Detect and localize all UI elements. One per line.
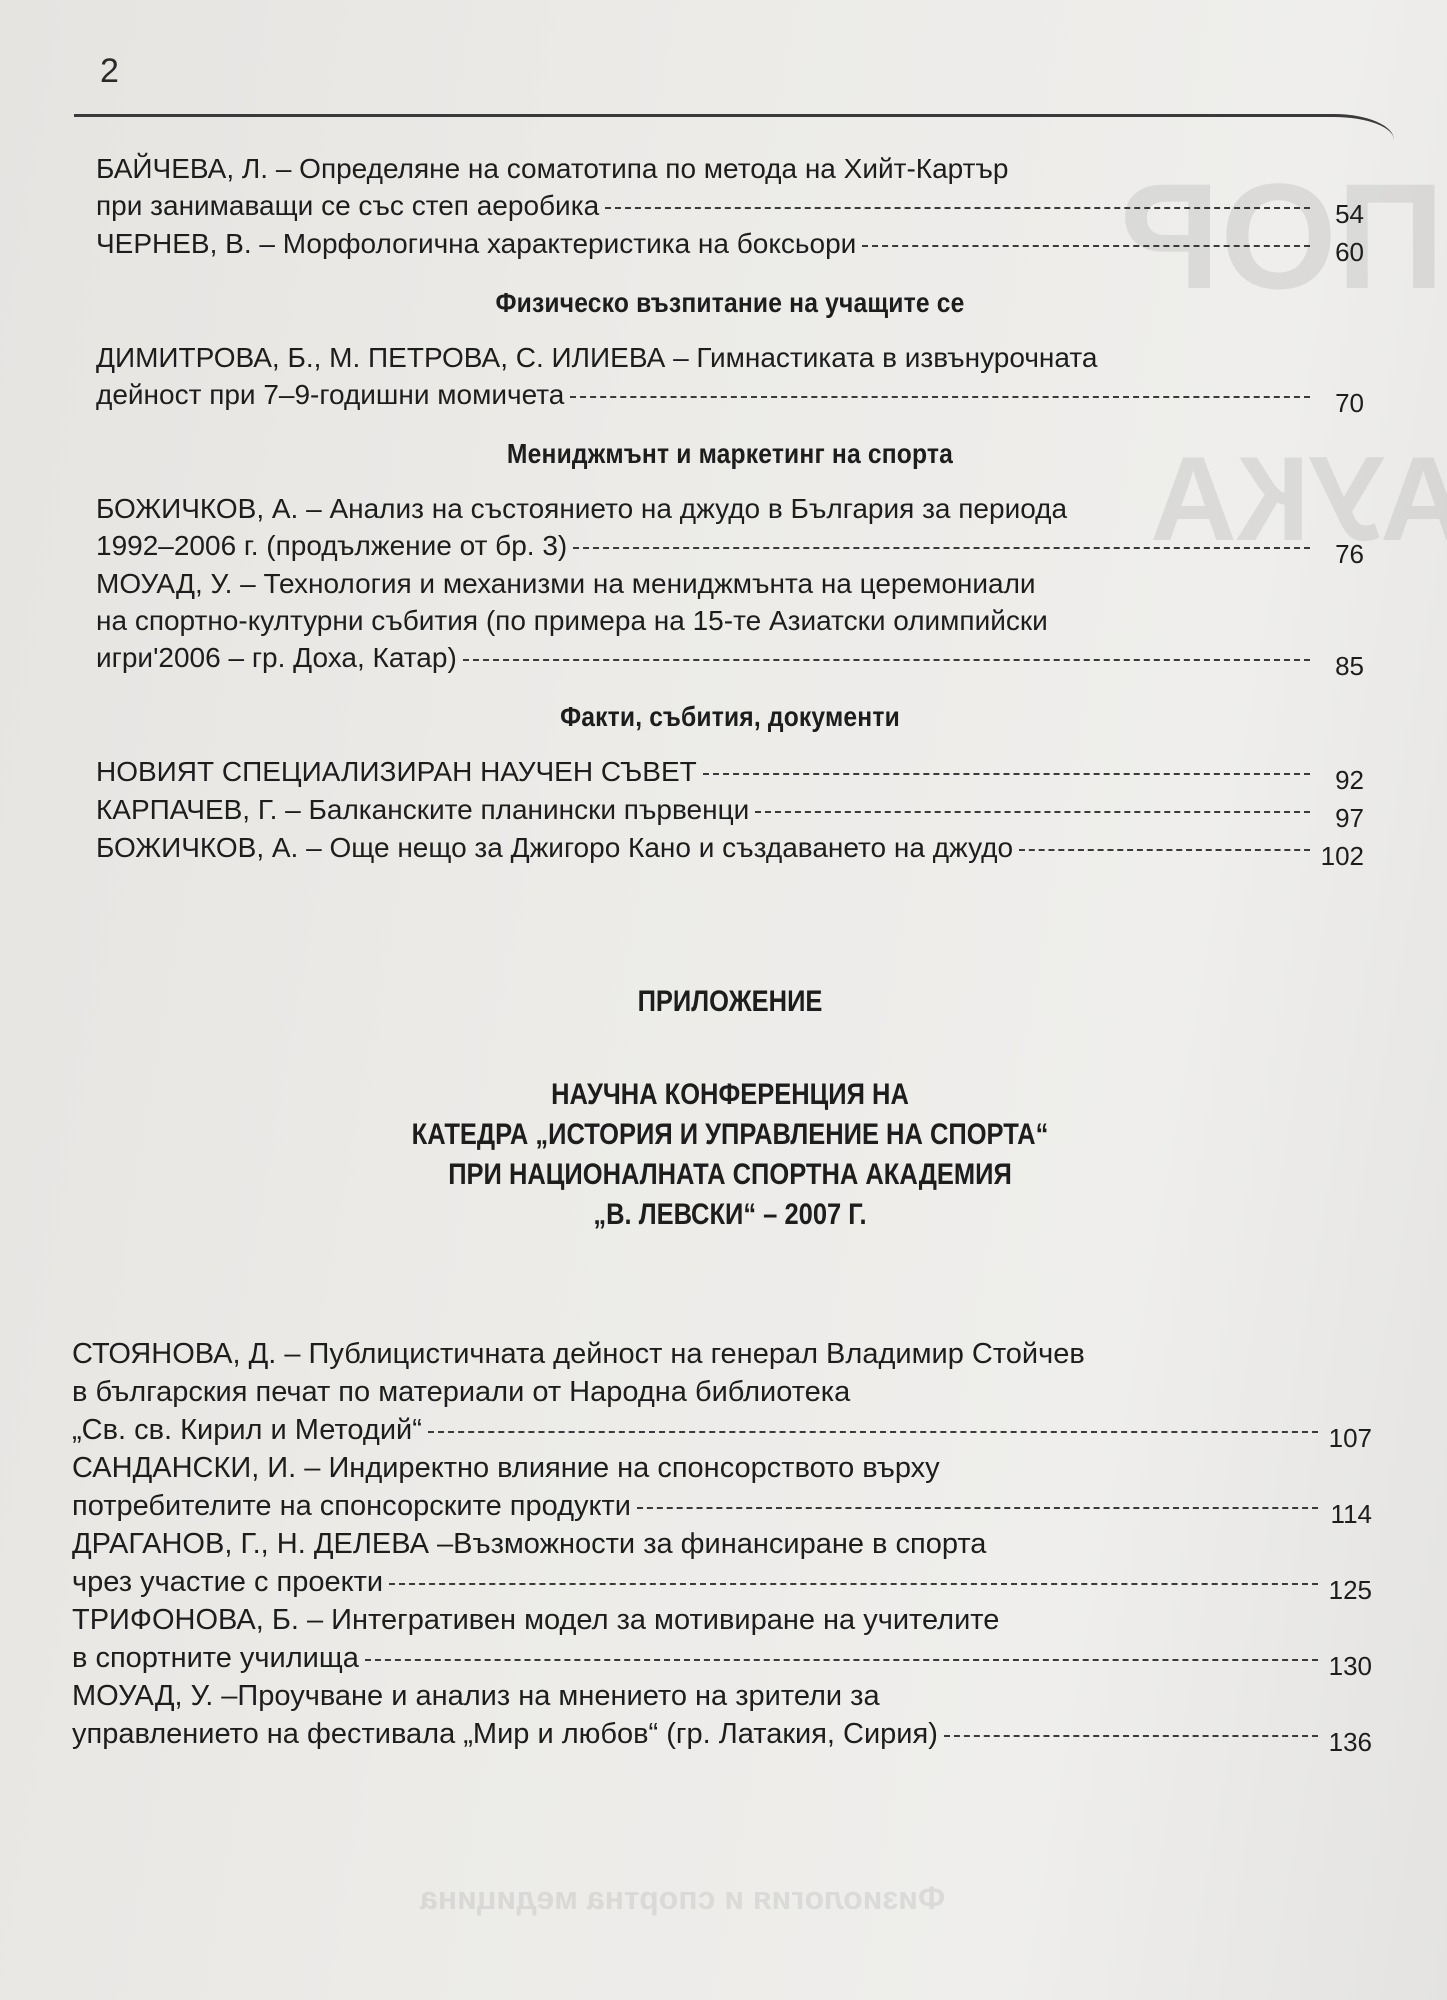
dot-leader — [605, 207, 1310, 209]
section-heading: Факти, събития, документи — [172, 701, 1288, 733]
header-rule — [74, 114, 1394, 145]
entry-last-line: при занимаващи се със степ аеробика54 — [96, 187, 1364, 225]
page-number: 2 — [100, 52, 119, 91]
entry-title-line: в българския печат по материали от Народ… — [72, 1373, 1372, 1411]
page-ref: 60 — [1316, 234, 1364, 271]
entry-last-line: потребителите на спонсорските продукти11… — [72, 1487, 1372, 1525]
page-ref: 76 — [1316, 536, 1364, 573]
entry-title-line: МОУАД, У. –Проучване и анализ на мнениет… — [72, 1677, 1372, 1715]
conference-title-line: „В. ЛЕВСКИ“ – 2007 Г. — [191, 1195, 1269, 1235]
page-ref: 114 — [1324, 1495, 1372, 1533]
entry-title-line: СТОЯНОВА, Д. – Публицистичната дейност н… — [72, 1335, 1372, 1373]
page-ref: 85 — [1316, 648, 1364, 685]
toc-entry[interactable]: КАРПАЧЕВ, Г. – Балканските планински пър… — [96, 791, 1364, 829]
entry-last-line: 1992–2006 г. (продължение от бр. 3)76 — [96, 527, 1364, 565]
conference-title-line: НАУЧНА КОНФЕРЕНЦИЯ НА — [191, 1075, 1269, 1115]
entry-title-line: на спортно-културни събития (по примера … — [96, 602, 1364, 639]
toc-entry[interactable]: МОУАД, У. – Технология и механизми на ме… — [96, 565, 1364, 677]
entry-title-line: при занимаващи се със степ аеробика — [96, 187, 599, 224]
entry-title-line: МОУАД, У. – Технология и механизми на ме… — [96, 565, 1364, 602]
toc-entry[interactable]: МОУАД, У. –Проучване и анализ на мнениет… — [72, 1677, 1372, 1753]
entry-title-line: 1992–2006 г. (продължение от бр. 3) — [96, 527, 567, 564]
dot-leader — [463, 659, 1310, 661]
page-ref: 107 — [1324, 1419, 1372, 1457]
entry-last-line: дейност при 7–9-годишни момичета70 — [96, 376, 1364, 414]
toc-entry[interactable]: САНДАНСКИ, И. – Индиректно влияние на сп… — [72, 1449, 1372, 1525]
toc-entry[interactable]: ДИМИТРОВА, Б., М. ПЕТРОВА, С. ИЛИЕВА – Г… — [96, 339, 1364, 414]
dot-leader — [389, 1583, 1318, 1585]
entry-last-line: ЧЕРНЕВ, В. – Морфологична характеристика… — [96, 225, 1364, 263]
show-through-text: Физиология и спортна медицина — [420, 1880, 945, 1917]
entry-last-line: НОВИЯТ СПЕЦИАЛИЗИРАН НАУЧЕН СЪВЕТ92 — [96, 753, 1364, 791]
page-ref: 70 — [1316, 385, 1364, 422]
entry-title-line: ДРАГАНОВ, Г., Н. ДЕЛЕВА –Възможности за … — [72, 1525, 1372, 1563]
toc-entry[interactable]: БОЖИЧКОВ, А. – Още нещо за Джигоро Кано … — [96, 829, 1364, 867]
table-of-contents: БАЙЧЕВА, Л. – Определяне на соматотипа п… — [96, 150, 1364, 867]
entry-title-line: БОЖИЧКОВ, А. – Още нещо за Джигоро Кано … — [96, 829, 1013, 866]
entry-title-line: чрез участие с проекти — [72, 1563, 383, 1601]
entry-last-line: „Св. св. Кирил и Методий“107 — [72, 1411, 1372, 1449]
entry-title-line: ДИМИТРОВА, Б., М. ПЕТРОВА, С. ИЛИЕВА – Г… — [96, 339, 1364, 376]
toc-entry[interactable]: ДРАГАНОВ, Г., Н. ДЕЛЕВА –Възможности за … — [72, 1525, 1372, 1601]
page-ref: 130 — [1324, 1647, 1372, 1685]
page-ref: 125 — [1324, 1571, 1372, 1609]
dot-leader — [365, 1659, 1318, 1661]
entry-title-line: КАРПАЧЕВ, Г. – Балканските планински пър… — [96, 791, 749, 828]
entry-last-line: чрез участие с проекти125 — [72, 1563, 1372, 1601]
entry-last-line: игри'2006 – гр. Доха, Катар)85 — [96, 639, 1364, 677]
entry-title-line: БАЙЧЕВА, Л. – Определяне на соматотипа п… — [96, 150, 1364, 187]
dot-leader — [1019, 849, 1310, 851]
page-ref: 136 — [1324, 1723, 1372, 1761]
conference-title-line: ПРИ НАЦИОНАЛНАТА СПОРТНА АКАДЕМИЯ — [191, 1155, 1269, 1195]
entry-title-line: в спортните училища — [72, 1639, 359, 1677]
conference-title: НАУЧНА КОНФЕРЕНЦИЯ НАКАТЕДРА „ИСТОРИЯ И … — [96, 1075, 1364, 1235]
entry-title-line: БОЖИЧКОВ, А. – Анализ на състоянието на … — [96, 490, 1364, 527]
entry-title-line: дейност при 7–9-годишни момичета — [96, 376, 564, 413]
entry-last-line: БОЖИЧКОВ, А. – Още нещо за Джигоро Кано … — [96, 829, 1364, 867]
toc-entry[interactable]: БАЙЧЕВА, Л. – Определяне на соматотипа п… — [96, 150, 1364, 225]
dot-leader — [944, 1735, 1318, 1737]
entry-title-line: „Св. св. Кирил и Методий“ — [72, 1411, 422, 1449]
section-heading: Физическо възпитание на учащите се — [172, 287, 1288, 319]
page-ref: 97 — [1316, 800, 1364, 837]
dot-leader — [428, 1431, 1318, 1433]
entry-title-line: НОВИЯТ СПЕЦИАЛИЗИРАН НАУЧЕН СЪВЕТ — [96, 753, 697, 790]
page-ref: 92 — [1316, 762, 1364, 799]
toc-entry[interactable]: ТРИФОНОВА, Б. – Интегративен модел за мо… — [72, 1601, 1372, 1677]
entry-last-line: управлението на фестивала „Мир и любов“ … — [72, 1715, 1372, 1753]
entry-last-line: в спортните училища130 — [72, 1639, 1372, 1677]
section-heading: Мениджмънт и маркетинг на спорта — [172, 438, 1288, 470]
dot-leader — [755, 811, 1310, 813]
entry-title-line: управлението на фестивала „Мир и любов“ … — [72, 1715, 938, 1753]
dot-leader — [570, 396, 1310, 398]
conference-title-line: КАТЕДРА „ИСТОРИЯ И УПРАВЛЕНИЕ НА СПОРТА“ — [191, 1115, 1269, 1155]
entry-title-line: САНДАНСКИ, И. – Индиректно влияние на сп… — [72, 1449, 1372, 1487]
appendix-contents: СТОЯНОВА, Д. – Публицистичната дейност н… — [72, 1335, 1372, 1753]
page-ref: 102 — [1316, 838, 1364, 875]
dot-leader — [573, 547, 1310, 549]
entry-last-line: КАРПАЧЕВ, Г. – Балканските планински пър… — [96, 791, 1364, 829]
page-ref: 54 — [1316, 196, 1364, 233]
entry-title-line: игри'2006 – гр. Доха, Катар) — [96, 639, 457, 676]
dot-leader — [637, 1507, 1318, 1509]
dot-leader — [703, 773, 1310, 775]
appendix-title: ПРИЛОЖЕНИЕ — [191, 985, 1269, 1019]
toc-entry[interactable]: НОВИЯТ СПЕЦИАЛИЗИРАН НАУЧЕН СЪВЕТ92 — [96, 753, 1364, 791]
toc-entry[interactable]: ЧЕРНЕВ, В. – Морфологична характеристика… — [96, 225, 1364, 263]
dot-leader — [862, 245, 1310, 247]
toc-entry[interactable]: БОЖИЧКОВ, А. – Анализ на състоянието на … — [96, 490, 1364, 565]
entry-title-line: ТРИФОНОВА, Б. – Интегративен модел за мо… — [72, 1601, 1372, 1639]
entry-title-line: ЧЕРНЕВ, В. – Морфологична характеристика… — [96, 225, 856, 262]
entry-title-line: потребителите на спонсорските продукти — [72, 1487, 631, 1525]
toc-entry[interactable]: СТОЯНОВА, Д. – Публицистичната дейност н… — [72, 1335, 1372, 1449]
appendix-section: ПРИЛОЖЕНИЕ НАУЧНА КОНФЕРЕНЦИЯ НАКАТЕДРА … — [96, 985, 1364, 1235]
